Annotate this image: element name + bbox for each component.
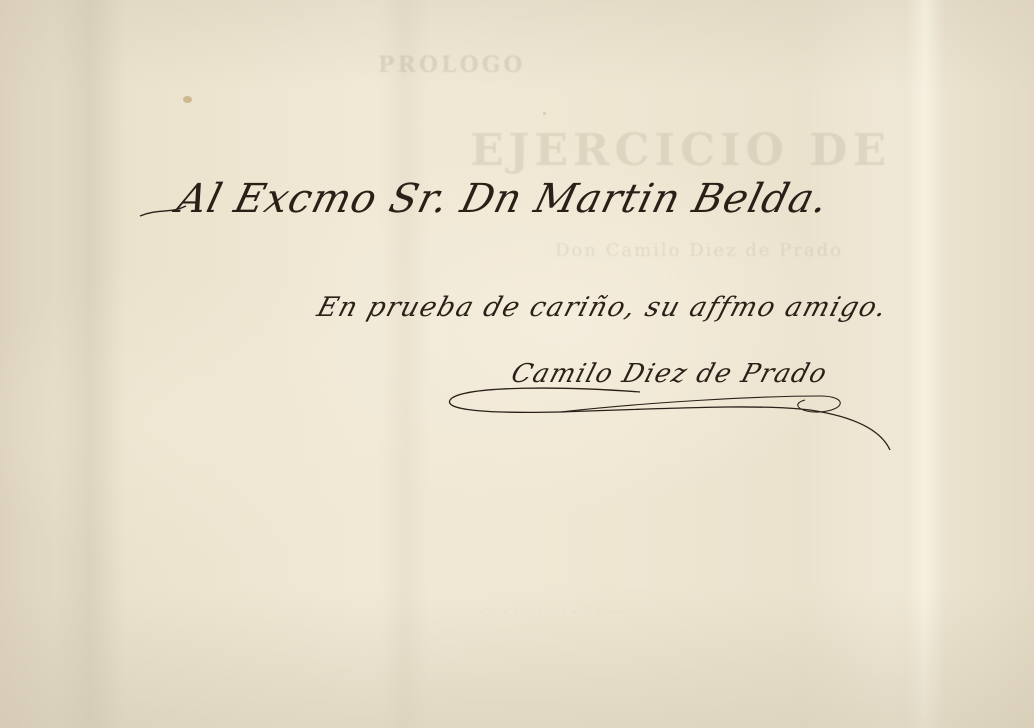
signature-flourish-icon xyxy=(0,0,1034,728)
document-page: PROLOGO EJERCICIO DE Don Camilo Diez de … xyxy=(0,0,1034,728)
